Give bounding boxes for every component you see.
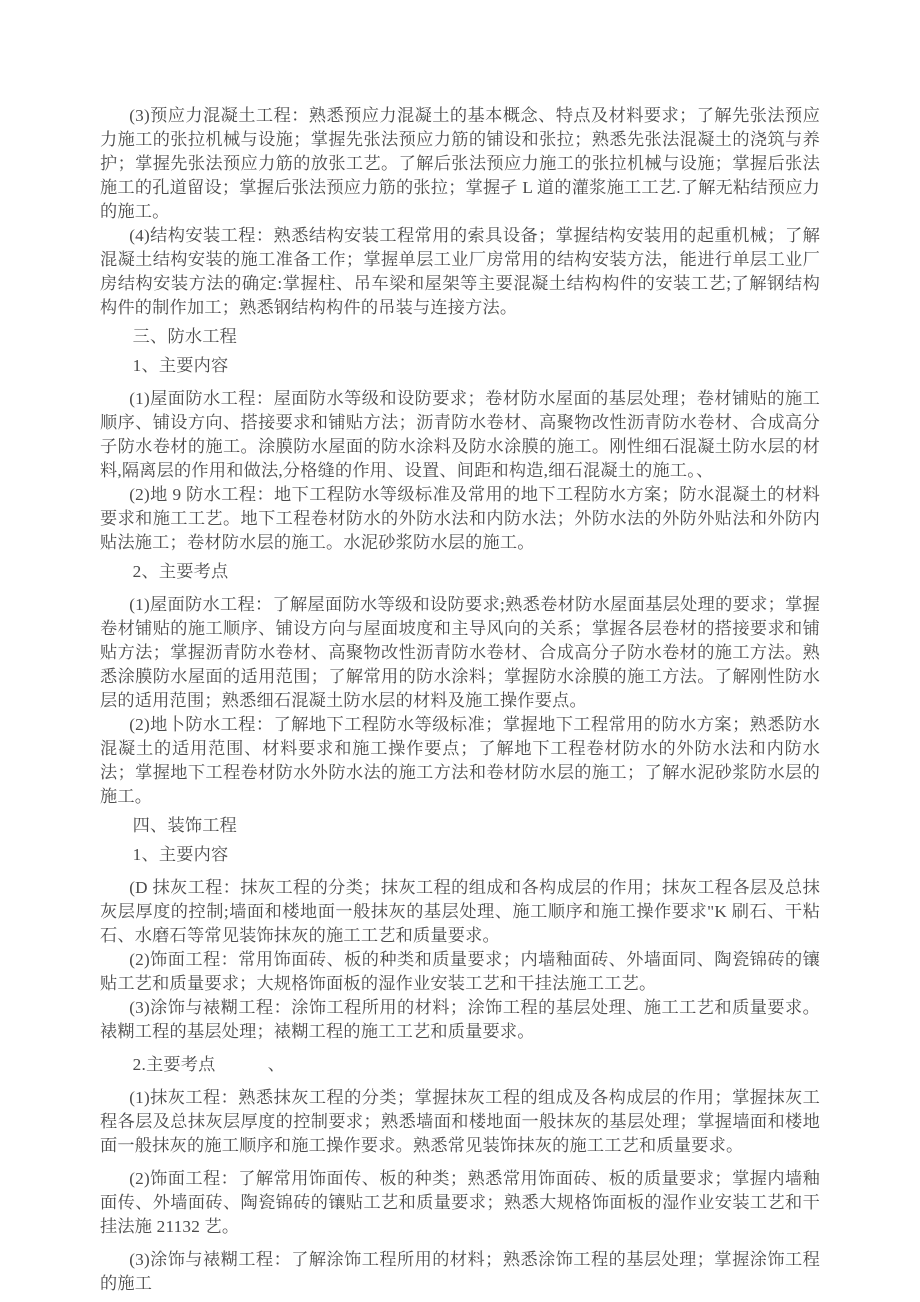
paragraph: (4)结构安装工程：熟悉结构安装工程常用的索具设备；掌握结构安装用的起重机械；了…	[100, 224, 820, 320]
paragraph: (3)涂饰与裱糊工程：涂饰工程所用的材料；涂饰工程的基层处理、施工工艺和质量要求…	[100, 996, 820, 1044]
paragraph: (3)预应力混凝土工程：熟悉预应力混凝土的基本概念、特点及材料要求；了解先张法预…	[100, 104, 820, 224]
paragraph: (2)地 9 防水工程：地下工程防水等级标准及常用的地下工程防水方案；防水混凝土…	[100, 483, 820, 555]
paragraph: (2)饰面工程：常用饰面砖、板的种类和质量要求；内墙釉面砖、外墙面同、陶瓷锦砖的…	[100, 948, 820, 996]
section-heading: 四、装饰工程	[100, 814, 820, 838]
paragraph: (1)屋面防水工程：屋面防水等级和设防要求；卷材防水屋面的基层处理；卷材铺贴的施…	[100, 387, 820, 483]
section-heading: 2、主要考点	[100, 560, 820, 584]
section-heading: 2.主要考点 、	[100, 1053, 820, 1077]
section-heading: 三、防水工程	[100, 325, 820, 349]
paragraph: (3)涂饰与裱糊工程：了解涂饰工程所用的材料；熟悉涂饰工程的基层处理；掌握涂饰工…	[100, 1248, 820, 1296]
paragraph: (D 抹灰工程：抹灰工程的分类；抹灰工程的组成和各构成层的作用；抹灰工程各层及总…	[100, 876, 820, 948]
paragraph: (1)抹灰工程：熟悉抹灰工程的分类；掌握抹灰工程的组成及各构成层的作用；掌握抹灰…	[100, 1086, 820, 1158]
section-heading: 1、主要内容	[100, 843, 820, 867]
document-page: (3)预应力混凝土工程：熟悉预应力混凝土的基本概念、特点及材料要求；了解先张法预…	[0, 0, 920, 1302]
paragraph: (2)饰面工程：了解常用饰面传、板的种类；熟悉常用饰面砖、板的质量要求；掌握内墙…	[100, 1167, 820, 1239]
section-heading: 1、主要内容	[100, 354, 820, 378]
paragraph: (1)屋面防水工程：了解屋面防水等级和设防要求;熟悉卷材防水屋面基层处理的要求；…	[100, 593, 820, 713]
paragraph: (2)地卜防水工程：了解地下工程防水等级标准；掌握地下工程常用的防水方案；熟悉防…	[100, 713, 820, 809]
